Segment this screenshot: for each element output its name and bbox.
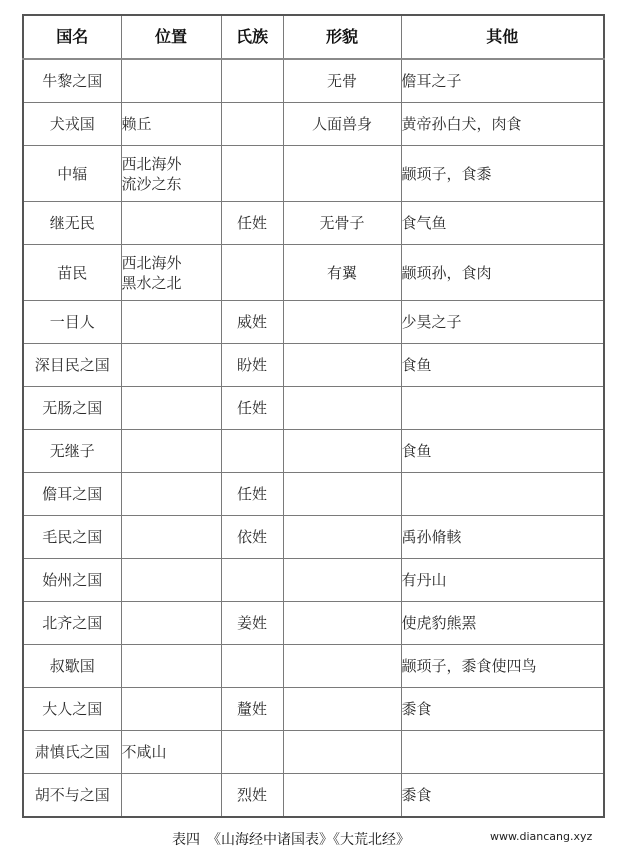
table-caption: 表四 《山海经中诸国表》《大荒北经》: [172, 829, 410, 849]
cell-location: [121, 301, 221, 344]
table-row: 肃慎氏之国不咸山: [23, 731, 604, 774]
table-row: 大人之国釐姓黍食: [23, 688, 604, 731]
cell-name: 继无民: [23, 202, 121, 245]
cell-other: 食鱼: [401, 344, 604, 387]
cell-other: 食气鱼: [401, 202, 604, 245]
table-row: 毛民之国依姓禹孙脩輆: [23, 516, 604, 559]
cell-other: [401, 731, 604, 774]
cell-name: 无继子: [23, 430, 121, 473]
cell-other: 有丹山: [401, 559, 604, 602]
cell-appearance: [283, 473, 401, 516]
cell-appearance: [283, 559, 401, 602]
cell-appearance: [283, 516, 401, 559]
cell-clan: [221, 559, 283, 602]
cell-name: 一目人: [23, 301, 121, 344]
cell-clan: 盼姓: [221, 344, 283, 387]
cell-location: [121, 430, 221, 473]
table-row: 北齐之国姜姓使虎豹熊罴: [23, 602, 604, 645]
cell-clan: [221, 59, 283, 103]
cell-location: [121, 559, 221, 602]
cell-name: 无肠之国: [23, 387, 121, 430]
cell-name: 牛黎之国: [23, 59, 121, 103]
cell-clan: 姜姓: [221, 602, 283, 645]
cell-other: [401, 387, 604, 430]
table-row: 犬戎国赖丘人面兽身黄帝孙白犬，肉食: [23, 103, 604, 146]
cell-name: 肃慎氏之国: [23, 731, 121, 774]
cell-clan: [221, 645, 283, 688]
cell-appearance: [283, 301, 401, 344]
cell-clan: 任姓: [221, 387, 283, 430]
cell-other: 黍食: [401, 688, 604, 731]
cell-clan: [221, 430, 283, 473]
cell-name: 毛民之国: [23, 516, 121, 559]
cell-other: 颛顼子，食黍: [401, 146, 604, 202]
cell-appearance: [283, 387, 401, 430]
cell-clan: 釐姓: [221, 688, 283, 731]
header-other: 其他: [401, 15, 604, 59]
cell-location: [121, 516, 221, 559]
cell-location: [121, 645, 221, 688]
cell-name: 大人之国: [23, 688, 121, 731]
cell-name: 叔歜国: [23, 645, 121, 688]
cell-other: 禹孙脩輆: [401, 516, 604, 559]
cell-clan: 威姓: [221, 301, 283, 344]
cell-other: 少昊之子: [401, 301, 604, 344]
cell-appearance: 人面兽身: [283, 103, 401, 146]
cell-other: 儋耳之子: [401, 59, 604, 103]
cell-other: 使虎豹熊罴: [401, 602, 604, 645]
cell-location: 西北海外黑水之北: [121, 245, 221, 301]
cell-appearance: [283, 731, 401, 774]
table-row: 牛黎之国无骨儋耳之子: [23, 59, 604, 103]
cell-name: 北齐之国: [23, 602, 121, 645]
table-row: 叔歜国颛顼子，黍食使四鸟: [23, 645, 604, 688]
header-name: 国名: [23, 15, 121, 59]
table-row: 儋耳之国任姓: [23, 473, 604, 516]
cell-location: [121, 59, 221, 103]
cell-other: 黍食: [401, 774, 604, 818]
cell-clan: 任姓: [221, 473, 283, 516]
table-row: 始州之国有丹山: [23, 559, 604, 602]
cell-name: 苗民: [23, 245, 121, 301]
cell-name: 儋耳之国: [23, 473, 121, 516]
cell-other: 颛顼子，黍食使四鸟: [401, 645, 604, 688]
cell-location: [121, 688, 221, 731]
cell-appearance: [283, 430, 401, 473]
cell-clan: [221, 103, 283, 146]
cell-clan: 烈姓: [221, 774, 283, 818]
cell-appearance: 无骨子: [283, 202, 401, 245]
cell-appearance: [283, 602, 401, 645]
cell-clan: [221, 146, 283, 202]
cell-location: [121, 344, 221, 387]
table-row: 无继子食鱼: [23, 430, 604, 473]
cell-appearance: [283, 688, 401, 731]
cell-clan: 任姓: [221, 202, 283, 245]
cell-location: 赖丘: [121, 103, 221, 146]
header-row: 国名 位置 氏族 形貌 其他: [23, 15, 604, 59]
cell-other: 食鱼: [401, 430, 604, 473]
cell-clan: 依姓: [221, 516, 283, 559]
cell-other: 颛顼孙，食肉: [401, 245, 604, 301]
header-appearance: 形貌: [283, 15, 401, 59]
watermark: www.diancang.xyz: [490, 830, 592, 843]
cell-clan: [221, 245, 283, 301]
cell-location: [121, 473, 221, 516]
table-row: 深目民之国盼姓食鱼: [23, 344, 604, 387]
table-row: 一目人威姓少昊之子: [23, 301, 604, 344]
cell-location: 西北海外流沙之东: [121, 146, 221, 202]
table-row: 中辐西北海外流沙之东颛顼子，食黍: [23, 146, 604, 202]
table-row: 继无民任姓无骨子食气鱼: [23, 202, 604, 245]
cell-name: 胡不与之国: [23, 774, 121, 818]
table-row: 无肠之国任姓: [23, 387, 604, 430]
header-clan: 氏族: [221, 15, 283, 59]
cell-name: 中辐: [23, 146, 121, 202]
cell-appearance: [283, 774, 401, 818]
cell-other: 黄帝孙白犬，肉食: [401, 103, 604, 146]
header-location: 位置: [121, 15, 221, 59]
cell-name: 深目民之国: [23, 344, 121, 387]
cell-appearance: [283, 645, 401, 688]
cell-appearance: [283, 344, 401, 387]
cell-appearance: 有翼: [283, 245, 401, 301]
cell-location: 不咸山: [121, 731, 221, 774]
table-row: 苗民西北海外黑水之北有翼颛顼孙，食肉: [23, 245, 604, 301]
cell-location: [121, 774, 221, 818]
cell-clan: [221, 731, 283, 774]
table-row: 胡不与之国烈姓黍食: [23, 774, 604, 818]
cell-location: [121, 202, 221, 245]
countries-table: 国名 位置 氏族 形貌 其他 牛黎之国无骨儋耳之子犬戎国赖丘人面兽身黄帝孙白犬，…: [22, 14, 605, 818]
cell-location: [121, 602, 221, 645]
cell-other: [401, 473, 604, 516]
cell-appearance: 无骨: [283, 59, 401, 103]
cell-name: 始州之国: [23, 559, 121, 602]
cell-appearance: [283, 146, 401, 202]
cell-name: 犬戎国: [23, 103, 121, 146]
cell-location: [121, 387, 221, 430]
